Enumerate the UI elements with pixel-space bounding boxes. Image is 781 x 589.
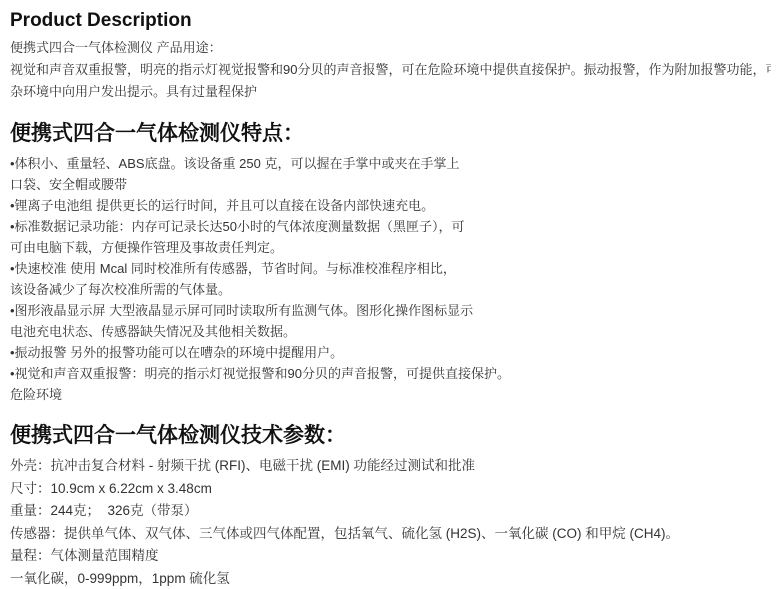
spec-text-line: 传感器：提供单气体、双气体、三气体或四气体配置，包括氧气、硫化氢 (H2S)、一… [10, 523, 771, 546]
spec-text-line: 尺寸：10.9cm x 6.22cm x 3.48cm [10, 478, 771, 501]
product-description-document: Product Description 便携式四合一气体检测仪 产品用途：视觉和… [0, 0, 781, 589]
feature-text-line: •标准数据记录功能：内存可记录长达50小时的气体浓度测量数据（黑匣子），可 [10, 216, 771, 237]
intro-paragraph: 便携式四合一气体检测仪 产品用途：视觉和声音双重报警，明亮的指示灯视觉报警和90… [10, 37, 771, 103]
feature-text-line: •视觉和声音双重报警：明亮的指示灯视觉报警和90分贝的声音报警，可提供直接保护。 [10, 363, 771, 384]
feature-text-line: 危险环境 [10, 384, 771, 405]
feature-text-line: •快速校准 使用 Mcal 同时校准所有传感器，节省时间。与标准校准程序相比， [10, 258, 771, 279]
spec-text-line: 一氧化碳，0-999ppm，1ppm 硫化氢 [10, 568, 771, 589]
spec-text-line: 重量：244克； 326克（带泵） [10, 500, 771, 523]
feature-text-line: 可由电脑下载，方便操作管理及事故责任判定。 [10, 237, 771, 258]
feature-text-line: •图形液晶显示屏 大型液晶显示屏可同时读取所有监测气体。图形化操作图标显示 [10, 300, 771, 321]
page: { "doc": { "title": "Product Description… [0, 0, 781, 589]
spec-text-line: 量程：气体测量范围精度 [10, 545, 771, 568]
feature-text-line: 电池充电状态、传感器缺失情况及其他相关数据。 [10, 321, 771, 342]
intro-text-line: 杂环境中向用户发出提示。具有过量程保护 [10, 81, 771, 103]
feature-text-line: 口袋、安全帽或腰带 [10, 174, 771, 195]
features-heading: 便携式四合一气体检测仪特点： [10, 121, 771, 146]
intro-text-line: 便携式四合一气体检测仪 产品用途： [10, 37, 771, 59]
intro-text-line: 视觉和声音双重报警，明亮的指示灯视觉报警和90分贝的声音报警，可在危险环境中提供… [10, 59, 771, 81]
feature-text-line: •体积小、重量轻、ABS底盘。该设备重 250 克，可以握在手掌中或夹在手掌上 [10, 153, 771, 174]
feature-text-line: •振动报警 另外的报警功能可以在嘈杂的环境中提醒用户。 [10, 342, 771, 363]
features-list: •体积小、重量轻、ABS底盘。该设备重 250 克，可以握在手掌中或夹在手掌上口… [10, 153, 771, 405]
feature-text-line: •锂离子电池组 提供更长的运行时间，并且可以直接在设备内部快速充电。 [10, 195, 771, 216]
feature-text-line: 该设备减少了每次校准所需的气体量。 [10, 279, 771, 300]
page-title: Product Description [10, 10, 771, 32]
specs-heading: 便携式四合一气体检测仪技术参数： [10, 423, 771, 448]
specs-list: 外壳：抗冲击复合材料 - 射频干扰 (RFI)、电磁干扰 (EMI) 功能经过测… [10, 455, 771, 589]
spec-text-line: 外壳：抗冲击复合材料 - 射频干扰 (RFI)、电磁干扰 (EMI) 功能经过测… [10, 455, 771, 478]
